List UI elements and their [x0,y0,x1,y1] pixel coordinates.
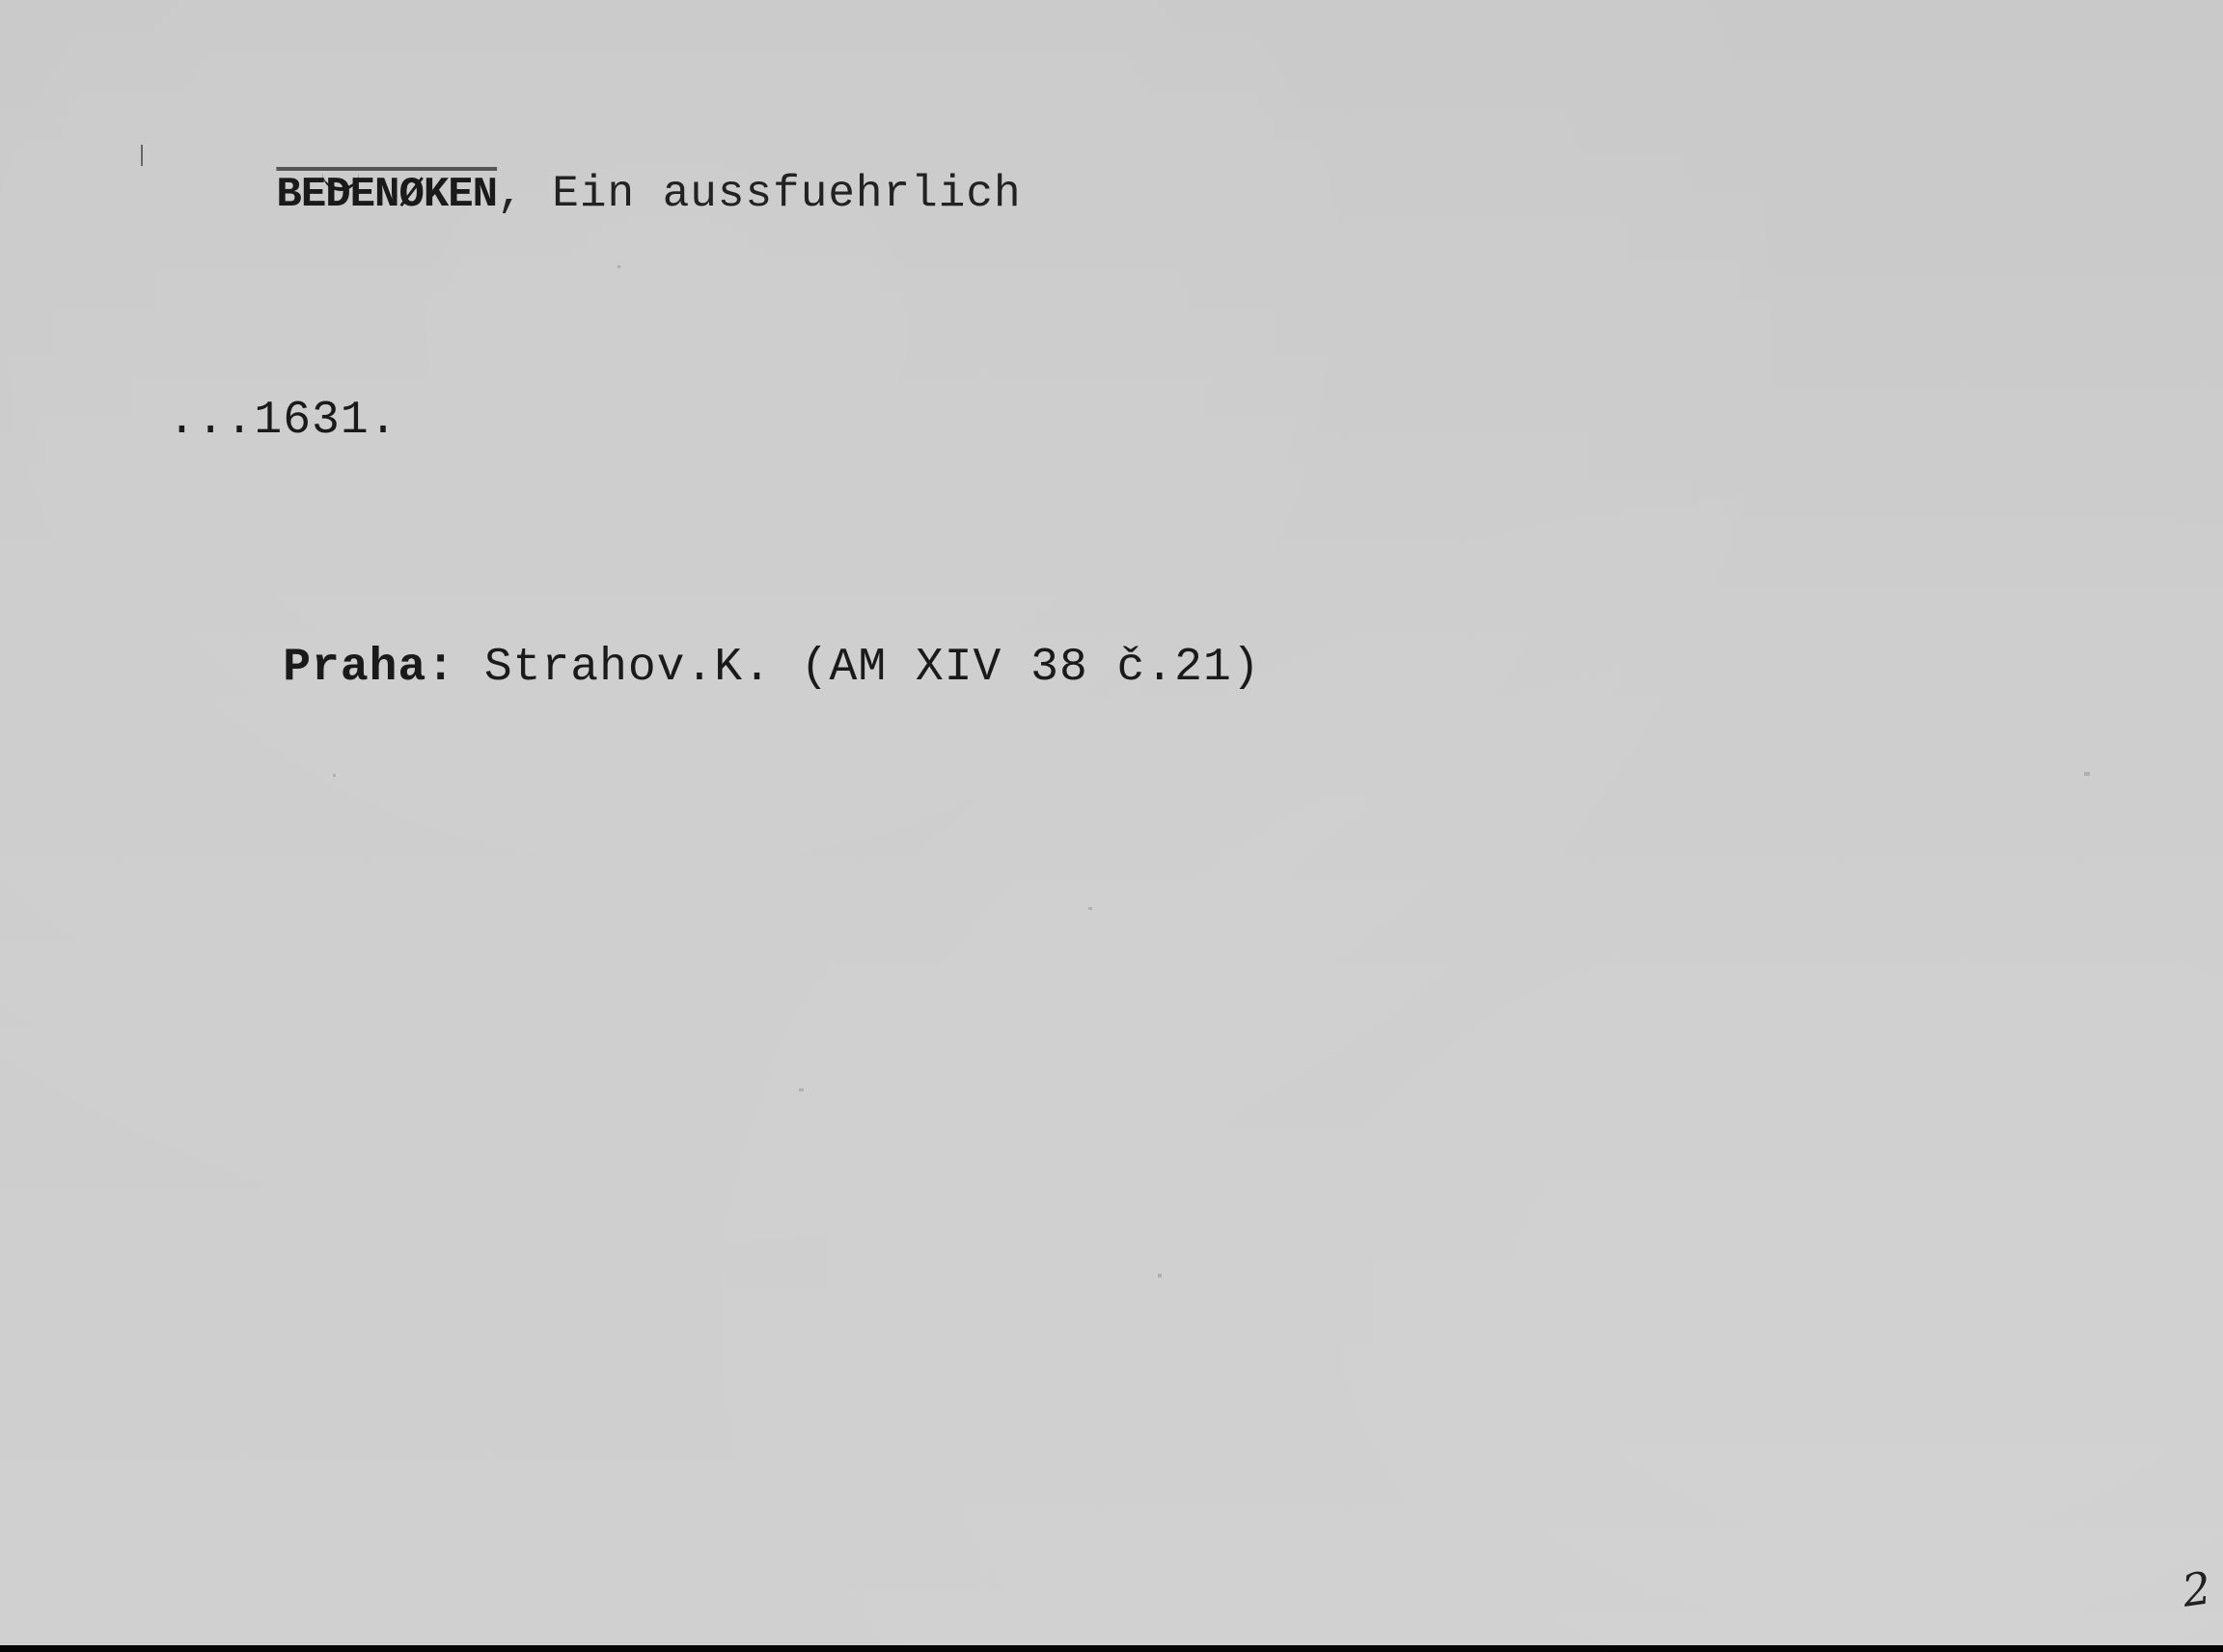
heading-word: BEDENØKEN [276,171,497,219]
shelf-mark: Strahov.K. (AM XIV 38 č.21) [455,642,1261,694]
title-line: BEDENØKEN, Ein aussfuehrlich [166,127,1022,261]
title-text: , Ein aussfuehrlich [497,169,1022,219]
paper-speck [617,265,620,268]
catalog-card: BEDENØKEN, Ein aussfuehrlich ...1631. Pr… [0,0,2223,1645]
scan-bottom-edge [0,1645,2223,1652]
paper-speck [2084,772,2090,776]
handwritten-corner-number: 2 [2179,1561,2214,1617]
paper-speck [1088,907,1092,910]
margin-mark [141,145,143,166]
imprint-date: ...1631. [168,398,398,444]
paper-speck [333,774,336,777]
paper-speck [1158,1274,1162,1278]
paper-speck [799,1088,804,1091]
location-place: Praha: [283,642,455,694]
location-line: Praha: Strahov.K. (AM XIV 38 č.21) [168,598,1261,737]
